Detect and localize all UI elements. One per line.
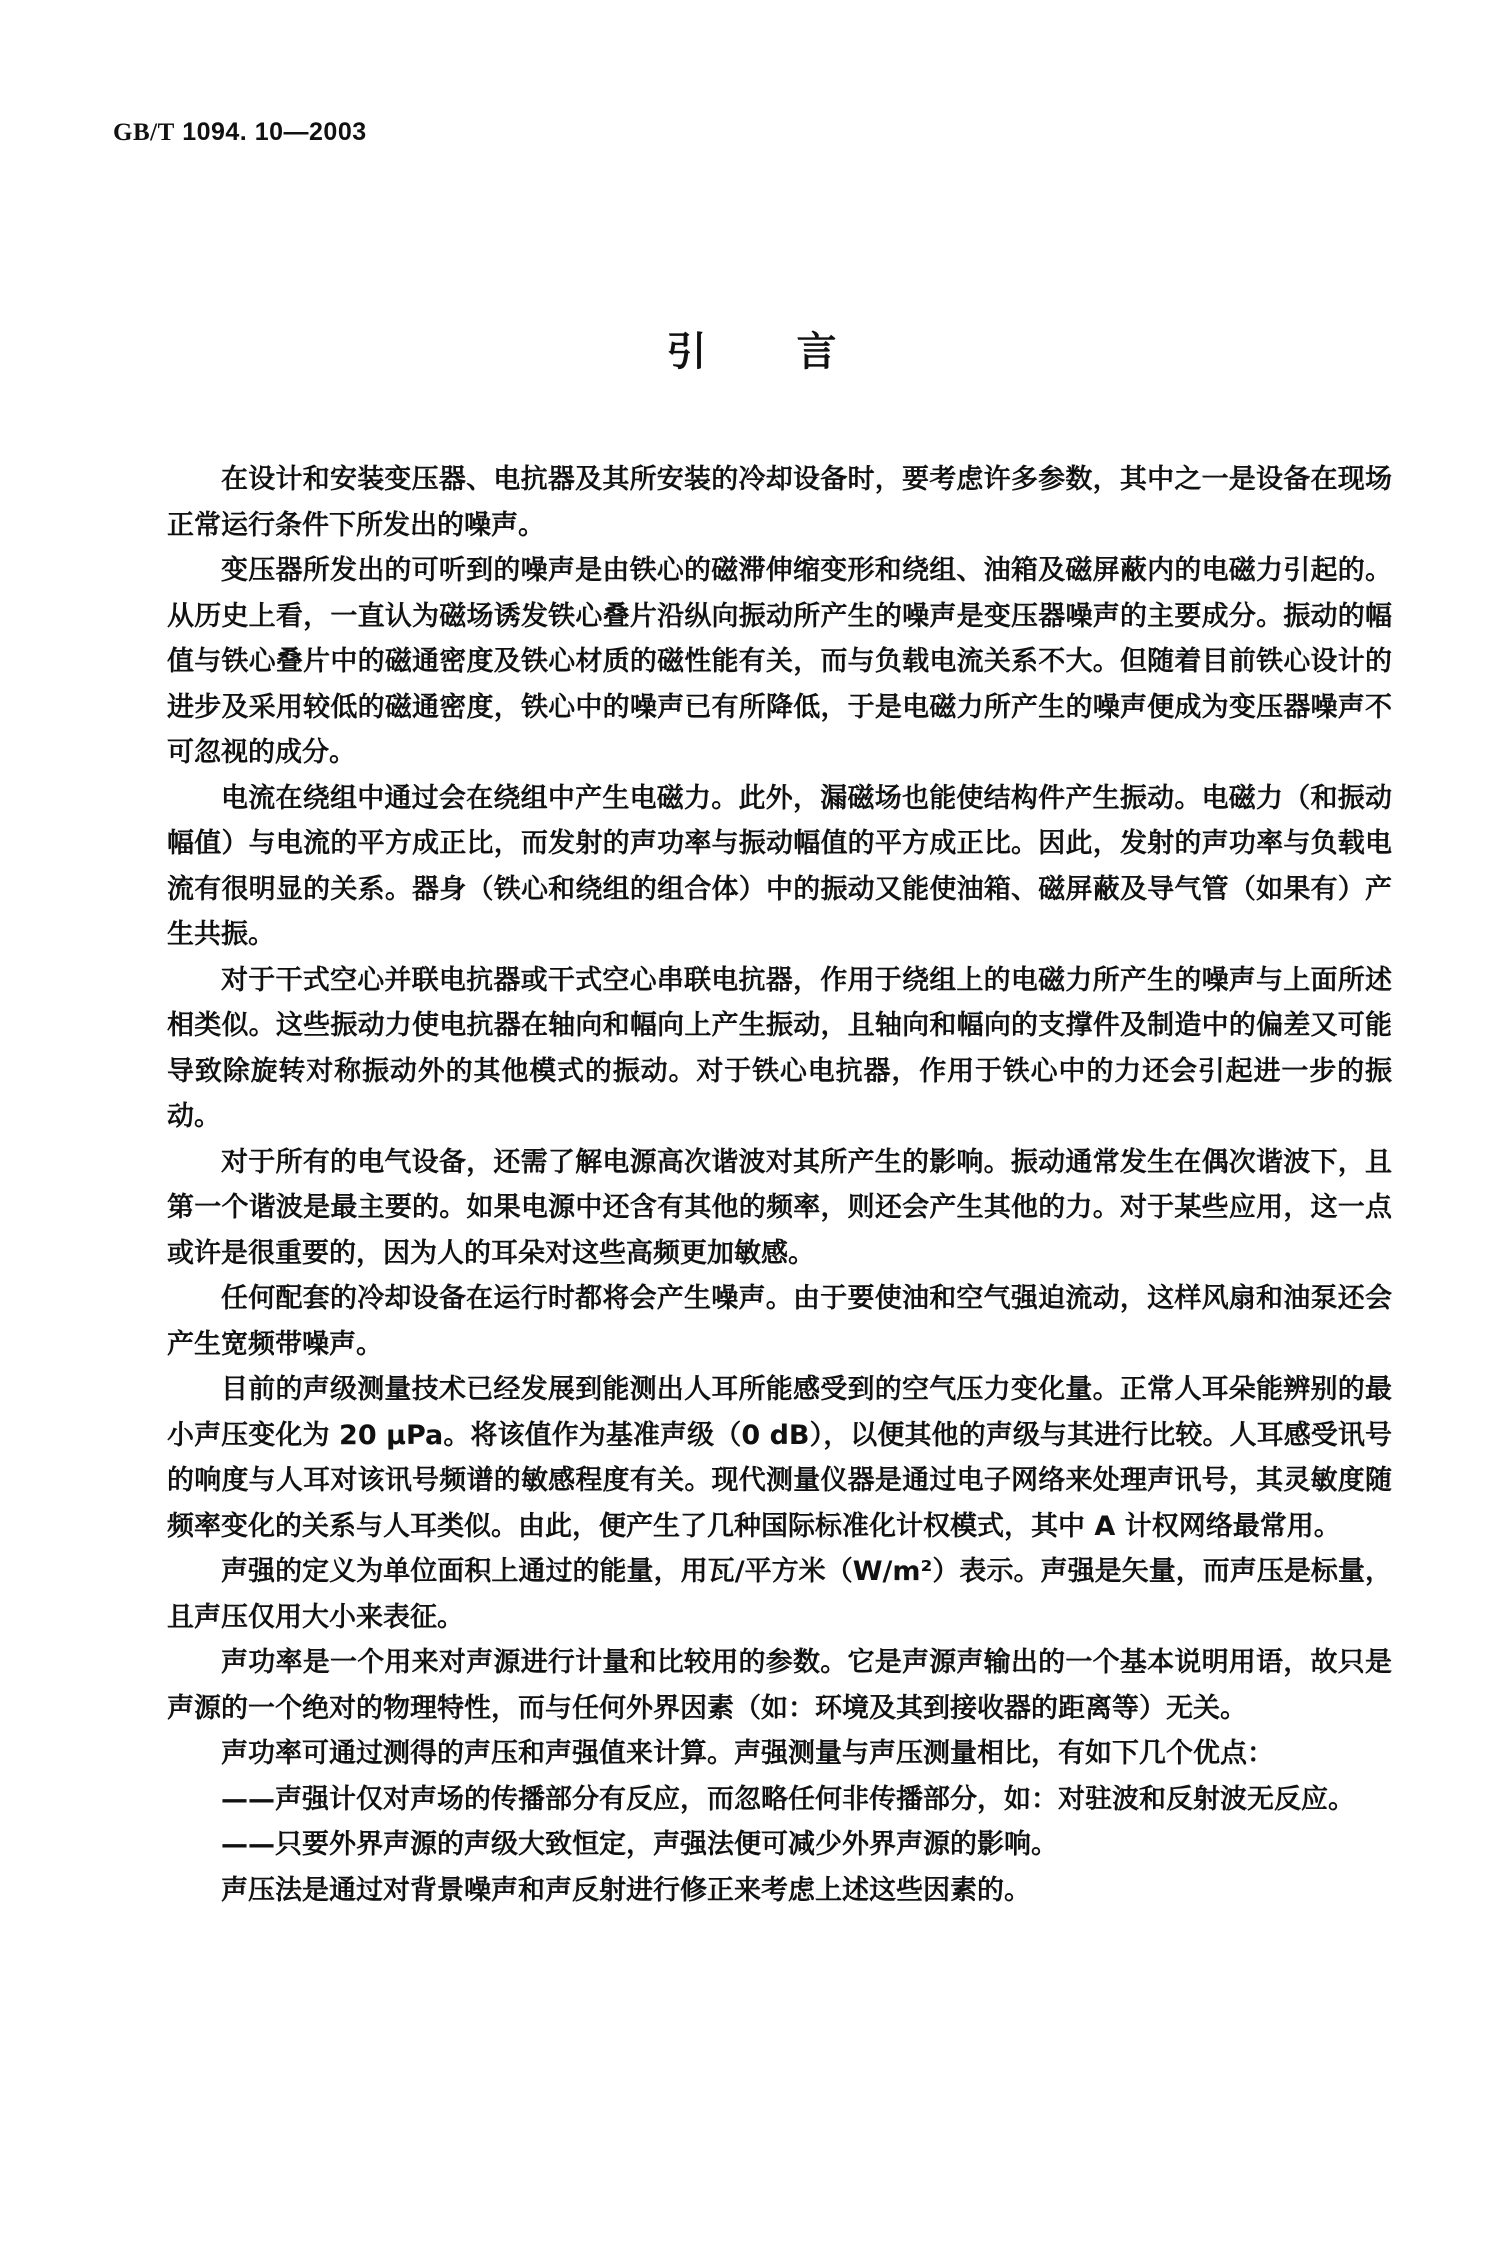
- paragraph-sound-power-definition: 声功率是一个用来对声源进行计量和比较用的参数。它是声源声输出的一个基本说明用语，…: [167, 1640, 1392, 1731]
- introduction-body: 在设计和安装变压器、电抗器及其所安装的冷却设备时，要考虑许多参数，其中之一是设备…: [167, 457, 1392, 1913]
- paragraph-sound-power-calculation: 声功率可通过测得的声压和声强值来计算。声强测量与声压测量相比，有如下几个优点：: [167, 1731, 1392, 1777]
- list-item-advantage-1: ——声强计仅对声场的传播部分有反应，而忽略任何非传播部分，如：对驻波和反射波无反…: [167, 1777, 1392, 1823]
- paragraph-transformer-noise-sources: 变压器所发出的可听到的噪声是由铁心的磁滞伸缩变形和绕组、油箱及磁屏蔽内的电磁力引…: [167, 548, 1392, 776]
- paragraph-sound-pressure-method: 声压法是通过对背景噪声和声反射进行修正来考虑上述这些因素的。: [167, 1868, 1392, 1914]
- paragraph-sound-level-measurement: 目前的声级测量技术已经发展到能测出人耳所能感受到的空气压力变化量。正常人耳朵能辨…: [167, 1367, 1392, 1549]
- standard-code-prefix: GB/T: [113, 119, 175, 146]
- paragraph-sound-intensity-definition: 声强的定义为单位面积上通过的能量，用瓦/平方米（W/m²）表示。声强是矢量，而声…: [167, 1549, 1392, 1640]
- paragraph-air-core-reactors: 对于干式空心并联电抗器或干式空心串联电抗器，作用于绕组上的电磁力所产生的噪声与上…: [167, 958, 1392, 1140]
- paragraph-winding-electromagnetic-force: 电流在绕组中通过会在绕组中产生电磁力。此外，漏磁场也能使结构件产生振动。电磁力（…: [167, 776, 1392, 958]
- page-title-char-2: 言: [797, 320, 837, 377]
- paragraph-cooling-equipment: 任何配套的冷却设备在运行时都将会产生噪声。由于要使油和空气强迫流动，这样风扇和油…: [167, 1276, 1392, 1367]
- standard-code-number: 1094. 10—2003: [175, 118, 367, 146]
- page-title-char-1: 引: [667, 320, 707, 377]
- standard-number-header: GB/T 1094. 10—2003: [113, 118, 367, 147]
- paragraph-design-parameters: 在设计和安装变压器、电抗器及其所安装的冷却设备时，要考虑许多参数，其中之一是设备…: [167, 457, 1392, 548]
- page-title: 引言: [0, 320, 1503, 377]
- list-item-advantage-2: ——只要外界声源的声级大致恒定，声强法便可减少外界声源的影响。: [167, 1822, 1392, 1868]
- paragraph-harmonics: 对于所有的电气设备，还需了解电源高次谐波对其所产生的影响。振动通常发生在偶次谐波…: [167, 1140, 1392, 1277]
